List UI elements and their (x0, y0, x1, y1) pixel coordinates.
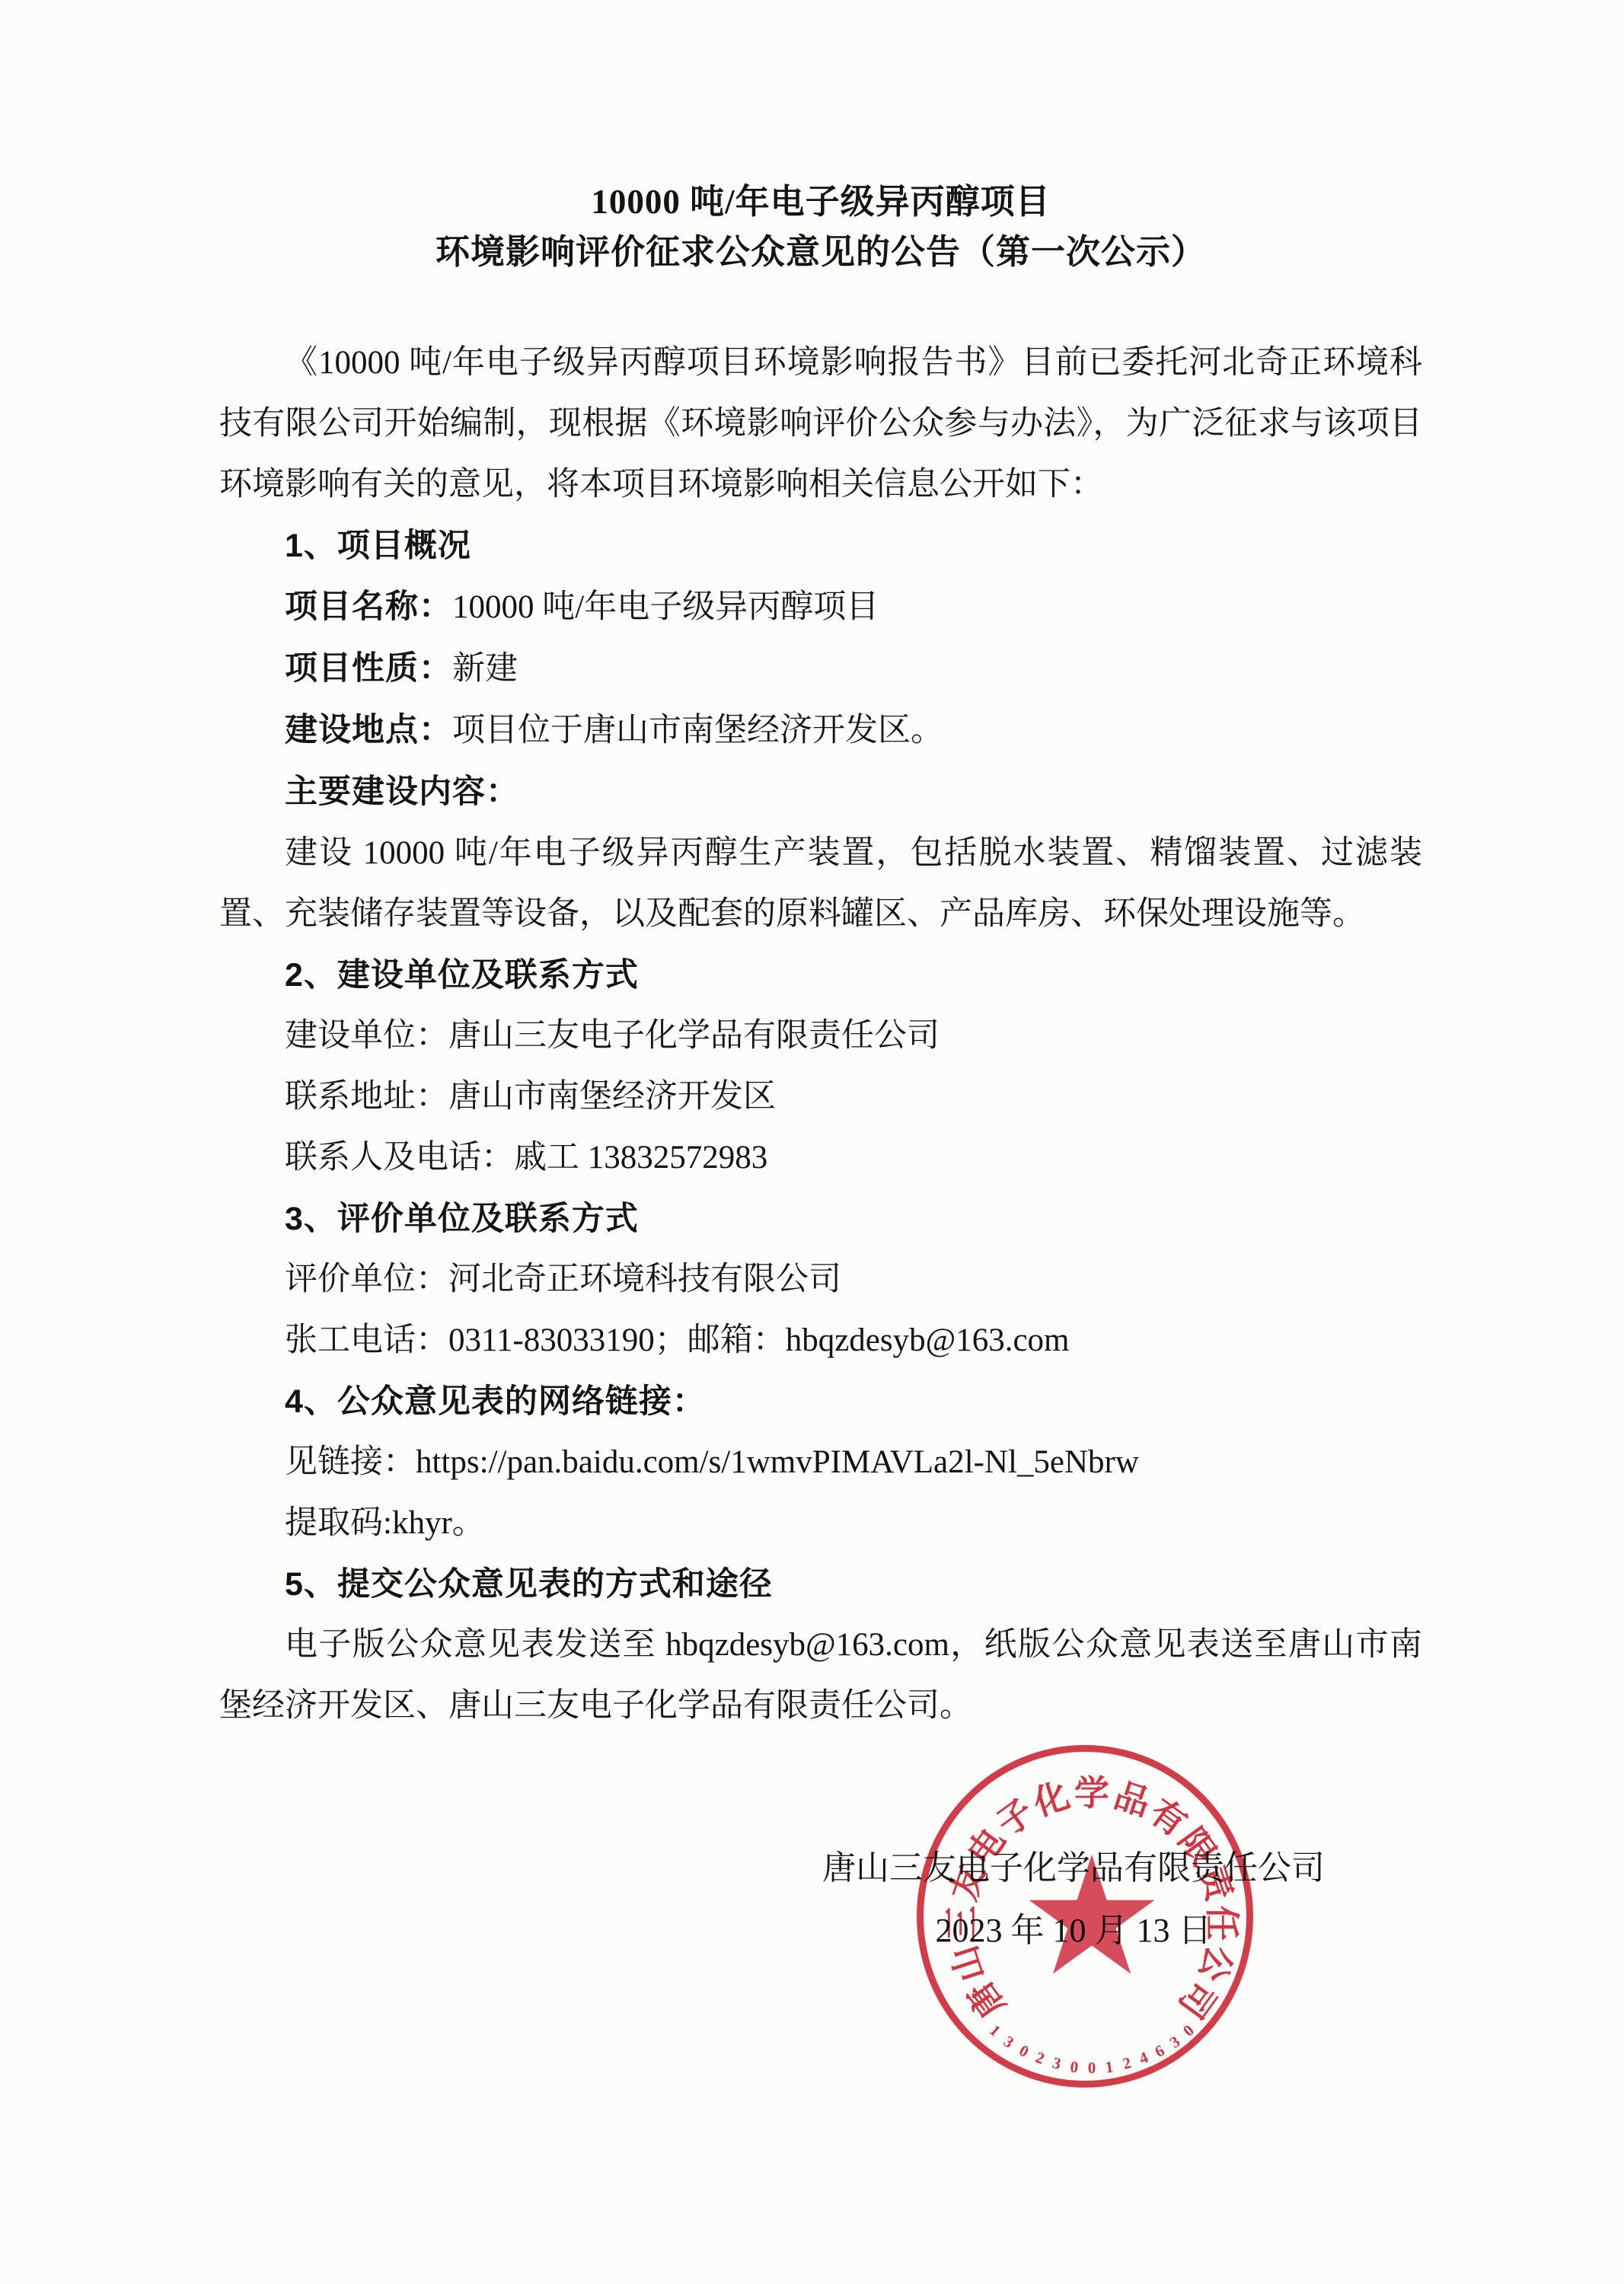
field-label: 建设地点： (285, 712, 452, 748)
field-line: 主要建设内容： (219, 761, 1422, 823)
document-page: 10000 吨/年电子级异丙醇项目 环境影响评价征求公众意见的公告（第一次公示）… (0, 0, 1624, 2284)
section-heading: 1、项目概况 (219, 515, 1422, 576)
field-line: 提取码:khyr。 (219, 1493, 1422, 1554)
title-line-2: 环境影响评价征求公众意见的公告（第一次公示） (219, 227, 1422, 277)
signature-date: 2023 年 10 月 13 日 (579, 1900, 1568, 1962)
field-line: 建设地点：项目位于唐山市南堡经济开发区。 (219, 700, 1422, 761)
body-paragraph: 电子版公众意见表发送至 hbqzdesyb@163.com，纸版公众意见表送至唐… (219, 1615, 1422, 1737)
field-line: 建设单位：唐山三友电子化学品有限责任公司 (219, 1006, 1422, 1067)
seal-ring-char: 品 (1109, 1777, 1154, 1823)
field-line: 联系地址：唐山市南堡经济开发区 (219, 1067, 1422, 1128)
field-label: 主要建设内容： (285, 774, 519, 810)
field-line: 联系人及电话：戚工 13832572983 (219, 1128, 1422, 1188)
seal-code-digit: 3 (997, 2030, 1021, 2053)
seal-code-digit: 0 (1177, 2019, 1201, 2043)
document-title: 10000 吨/年电子级异丙醇项目 环境影响评价征求公众意见的公告（第一次公示） (219, 177, 1422, 277)
seal-ring-char: 司 (1171, 1973, 1222, 2024)
seal-ring-char: 子 (991, 1793, 1042, 1844)
seal-ring-char: 唐 (962, 1973, 1013, 2024)
section-heading: 2、建设单位及联系方式 (219, 945, 1422, 1006)
document-body: 《10000 吨/年电子级异丙醇项目环境影响报告书》目前已委托河北奇正环境科技有… (219, 333, 1422, 1737)
field-line: 项目性质：新建 (219, 638, 1422, 700)
signature-company: 唐山三友电子化学品有限责任公司 (579, 1837, 1568, 1900)
seal-code-digit: 6 (1148, 2040, 1171, 2062)
section-heading: 4、公众意见表的网络链接： (219, 1371, 1422, 1432)
section-heading: 3、评价单位及联系方式 (219, 1188, 1422, 1249)
seal-ring-char: 学 (1074, 1775, 1110, 1812)
field-label: 项目名称： (285, 589, 452, 625)
field-value: 10000 吨/年电子级异丙醇项目 (452, 589, 879, 625)
field-line: 项目名称：10000 吨/年电子级异丙醇项目 (219, 576, 1422, 638)
body-paragraph: 建设 10000 吨/年电子级异丙醇生产装置，包括脱水装置、精馏装置、过滤装置、… (219, 823, 1422, 945)
seal-code-digit: 2 (1117, 2053, 1137, 2074)
field-value: 项目位于唐山市南堡经济开发区。 (452, 713, 943, 748)
seal-code-digit: 4 (1133, 2047, 1154, 2069)
seal-code-digit: 3 (1047, 2053, 1067, 2074)
seal-ring-char: 化 (1029, 1777, 1074, 1823)
field-line: 见链接：https://pan.baidu.com/s/1wmvPIMAVLa2… (219, 1432, 1422, 1493)
sections: 1、项目概况项目名称：10000 吨/年电子级异丙醇项目项目性质：新建建设地点：… (219, 515, 1422, 1737)
seal-code-digit: 0 (1083, 2059, 1100, 2076)
seal-code-digit: 0 (1065, 2057, 1084, 2076)
seal-code-digit: 0 (1013, 2040, 1035, 2062)
seal-code-digit: 1 (983, 2019, 1007, 2043)
seal-code-digit: 3 (1163, 2030, 1187, 2053)
field-label: 项目性质： (285, 650, 452, 687)
field-line: 评价单位：河北奇正环境科技有限公司 (219, 1249, 1422, 1310)
title-line-1: 10000 吨/年电子级异丙醇项目 (219, 177, 1422, 227)
signature-block: 唐山三友电子化学品有限责任公司 2023 年 10 月 13 日 (579, 1837, 1568, 1962)
intro-paragraph: 《10000 吨/年电子级异丙醇项目环境影响报告书》目前已委托河北奇正环境科技有… (219, 333, 1422, 515)
section-heading: 5、提交公众意见表的方式和途径 (219, 1554, 1422, 1615)
field-line: 张工电话：0311-83033190；邮箱：hbqzdesyb@163.com (219, 1310, 1422, 1371)
field-value: 新建 (452, 651, 518, 687)
seal-ring-char: 有 (1142, 1793, 1193, 1844)
seal-code-digit: 1 (1100, 2057, 1119, 2076)
seal-code-digit: 2 (1029, 2047, 1051, 2069)
